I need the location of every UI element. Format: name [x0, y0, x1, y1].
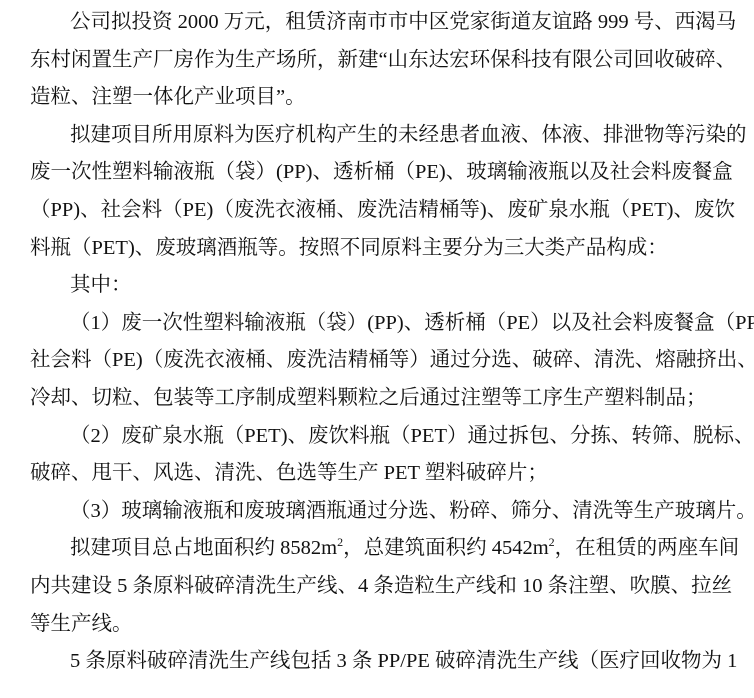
area-text-2: ，总建筑面积约 4542m	[343, 537, 549, 559]
text-line-7: 料瓶（PET)、废玻璃酒瓶等。按照不同原料主要分为三大类产品构成：	[30, 230, 722, 268]
text-line-2: 东村闲置生产厂房作为生产场所，新建“山东达宏环保科技有限公司回收破碎、	[30, 42, 722, 80]
text-line-13: 破碎、甩干、风选、清洗、色选等生产 PET 塑料破碎片；	[30, 455, 722, 493]
text-line-9: （1）废一次性塑料输液瓶（袋）(PP)、透析桶（PE）以及社会料废餐盒（PP)、	[30, 305, 722, 343]
area-text-3: ，在租赁的两座车间	[555, 537, 740, 559]
area-line: 拟建项目总占地面积约 8582m2，总建筑面积约 4542m2，在租赁的两座车间	[30, 530, 722, 568]
text-line-5: 废一次性塑料输液瓶（袋）(PP)、透析桶（PE)、玻璃输液瓶以及社会料废餐盒	[30, 154, 722, 192]
text-line-6: （PP)、社会料（PE)（废洗衣液桶、废洗洁精桶等)、废矿泉水瓶（PET)、废饮	[30, 192, 722, 230]
text-line-11: 冷却、切粒、包装等工序制成塑料颗粒之后通过注塑等工序生产塑料制品；	[30, 380, 722, 418]
area-text-1: 拟建项目总占地面积约 8582m	[70, 537, 337, 559]
text-line-16: 内共建设 5 条原料破碎清洗生产线、4 条造粒生产线和 10 条注塑、吹膜、拉丝	[30, 568, 722, 606]
text-line-1: 公司拟投资 2000 万元，租赁济南市市中区党家街道友谊路 999 号、西渴马	[30, 4, 722, 42]
text-line-3: 造粒、注塑一体化产业项目”。	[30, 79, 722, 117]
document-body: 公司拟投资 2000 万元，租赁济南市市中区党家街道友谊路 999 号、西渴马 …	[30, 4, 722, 681]
text-line-18: 5 条原料破碎清洗生产线包括 3 条 PP/PE 破碎清洗生产线（医疗回收物为 …	[30, 643, 722, 681]
text-line-12: （2）废矿泉水瓶（PET)、废饮料瓶（PET）通过拆包、分拣、转筛、脱标、	[30, 418, 722, 456]
text-line-14: （3）玻璃输液瓶和废玻璃酒瓶通过分选、粉碎、筛分、清洗等生产玻璃片。	[30, 493, 722, 531]
text-line-10: 社会料（PE)（废洗衣液桶、废洗洁精桶等）通过分选、破碎、清洗、熔融挤出、	[30, 342, 722, 380]
text-line-4: 拟建项目所用原料为医疗机构产生的未经患者血液、体液、排泄物等污染的	[30, 117, 722, 155]
text-line-17: 等生产线。	[30, 606, 722, 644]
text-line-8: 其中：	[30, 267, 722, 305]
